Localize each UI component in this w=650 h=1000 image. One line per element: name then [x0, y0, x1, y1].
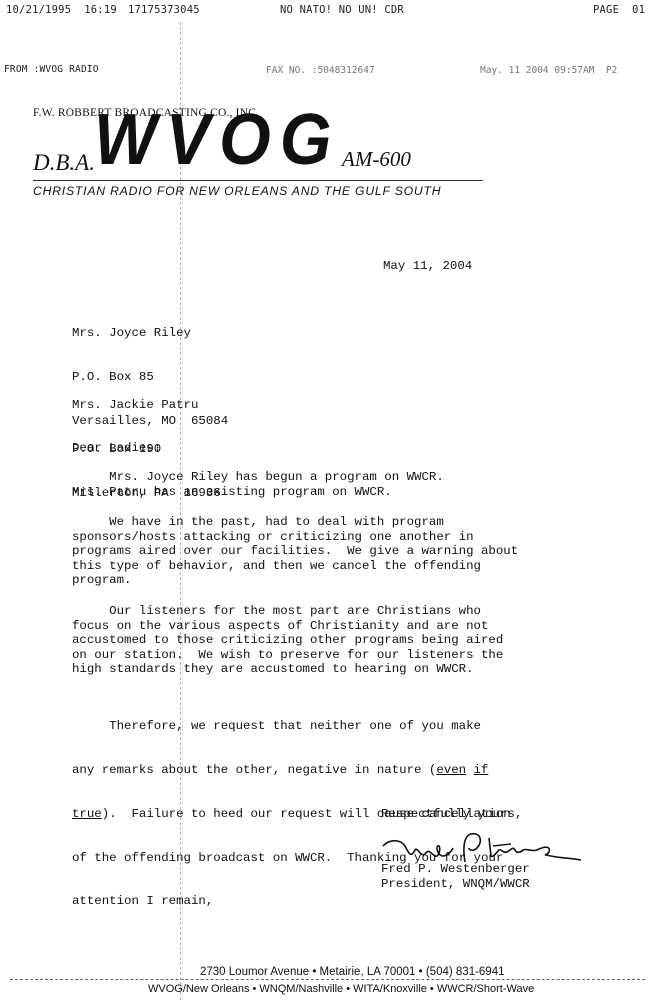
- footer-stations: WVOG/New Orleans • WNQM/Nashville • WITA…: [148, 983, 534, 995]
- underlined-true: true: [72, 807, 102, 821]
- underlined-if: if: [474, 763, 489, 777]
- dba-label: D.B.A.: [33, 150, 95, 176]
- fax-datetime: 10/21/1995 16:19: [6, 4, 117, 16]
- paragraph-4-line-2-text: any remarks about the other, negative in…: [72, 763, 436, 777]
- fax-timestamp: May. 11 2004 09:57AM P2: [480, 65, 617, 76]
- salutation: Dear Ladies:: [72, 441, 161, 456]
- letterhead-rule: [33, 180, 483, 181]
- station-logo: WVOG: [94, 104, 341, 176]
- footer-address: 2730 Loumor Avenue • Metairie, LA 70001 …: [200, 966, 505, 978]
- fax-phone: 17175373045: [128, 4, 200, 16]
- paragraph-1: Mrs. Joyce Riley has begun a program on …: [72, 470, 632, 499]
- paragraph-4: Therefore, we request that neither one o…: [72, 690, 632, 924]
- fax-number: FAX NO. :5048312647: [266, 65, 375, 76]
- recipient-2-name: Mrs. Jackie Patru: [72, 398, 221, 413]
- signer-title: President, WNQM/WWCR: [381, 877, 530, 892]
- fax-sender-id: NO NATO! NO UN! CDR: [280, 4, 404, 16]
- paragraph-4-line-3: true). Failure to heed our request will …: [72, 807, 632, 822]
- paragraph-2: We have in the past, had to deal with pr…: [72, 515, 632, 588]
- closing: Respectfully yours,: [381, 807, 522, 822]
- station-tagline: CHRISTIAN RADIO FOR NEW ORLEANS AND THE …: [33, 184, 441, 198]
- paragraph-4-line-2: any remarks about the other, negative in…: [72, 763, 632, 778]
- paragraph-3: Our listeners for the most part are Chri…: [72, 604, 632, 677]
- signer-name: Fred P. Westenberger: [381, 862, 530, 877]
- letter-date: May 11, 2004: [383, 259, 472, 274]
- station-frequency: AM-600: [342, 147, 411, 172]
- footer-rule: [10, 979, 645, 980]
- underlined-even: even: [436, 763, 466, 777]
- fax-page: PAGE 01: [593, 4, 645, 16]
- recipient-1-name: Mrs. Joyce Riley: [72, 326, 228, 341]
- paragraph-4-line-1: Therefore, we request that neither one o…: [72, 719, 632, 734]
- fax-from: FROM :WVOG RADIO: [4, 64, 99, 75]
- paragraph-4-line-5: attention I remain,: [72, 894, 632, 909]
